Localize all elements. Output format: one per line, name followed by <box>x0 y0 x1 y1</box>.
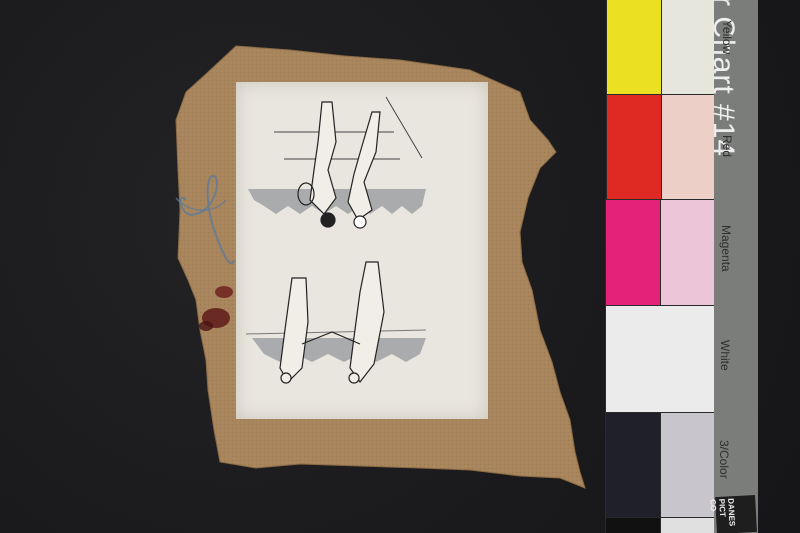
chart-maker-logo: DANES PICT CO <box>715 495 757 533</box>
patch-yellow <box>606 0 662 95</box>
label-magenta: Magenta <box>719 225 733 272</box>
logo-text: DANES PICT CO <box>708 498 736 527</box>
label-red: Red <box>720 135 734 157</box>
illustration-card <box>236 82 488 419</box>
label-yellow: Yellow <box>720 20 734 54</box>
patch-magenta-tint <box>660 199 716 306</box>
label-three-color: 3/Color <box>717 440 731 479</box>
patch-three-color-light <box>660 412 715 518</box>
patch-white <box>605 305 716 413</box>
patch-three-color-dark <box>605 412 661 518</box>
patch-magenta <box>605 199 661 306</box>
patch-black <box>605 517 661 533</box>
inverted-illustration <box>236 82 488 419</box>
patch-red <box>606 94 662 200</box>
label-white: White <box>718 340 732 371</box>
patch-light-gray <box>660 517 715 533</box>
